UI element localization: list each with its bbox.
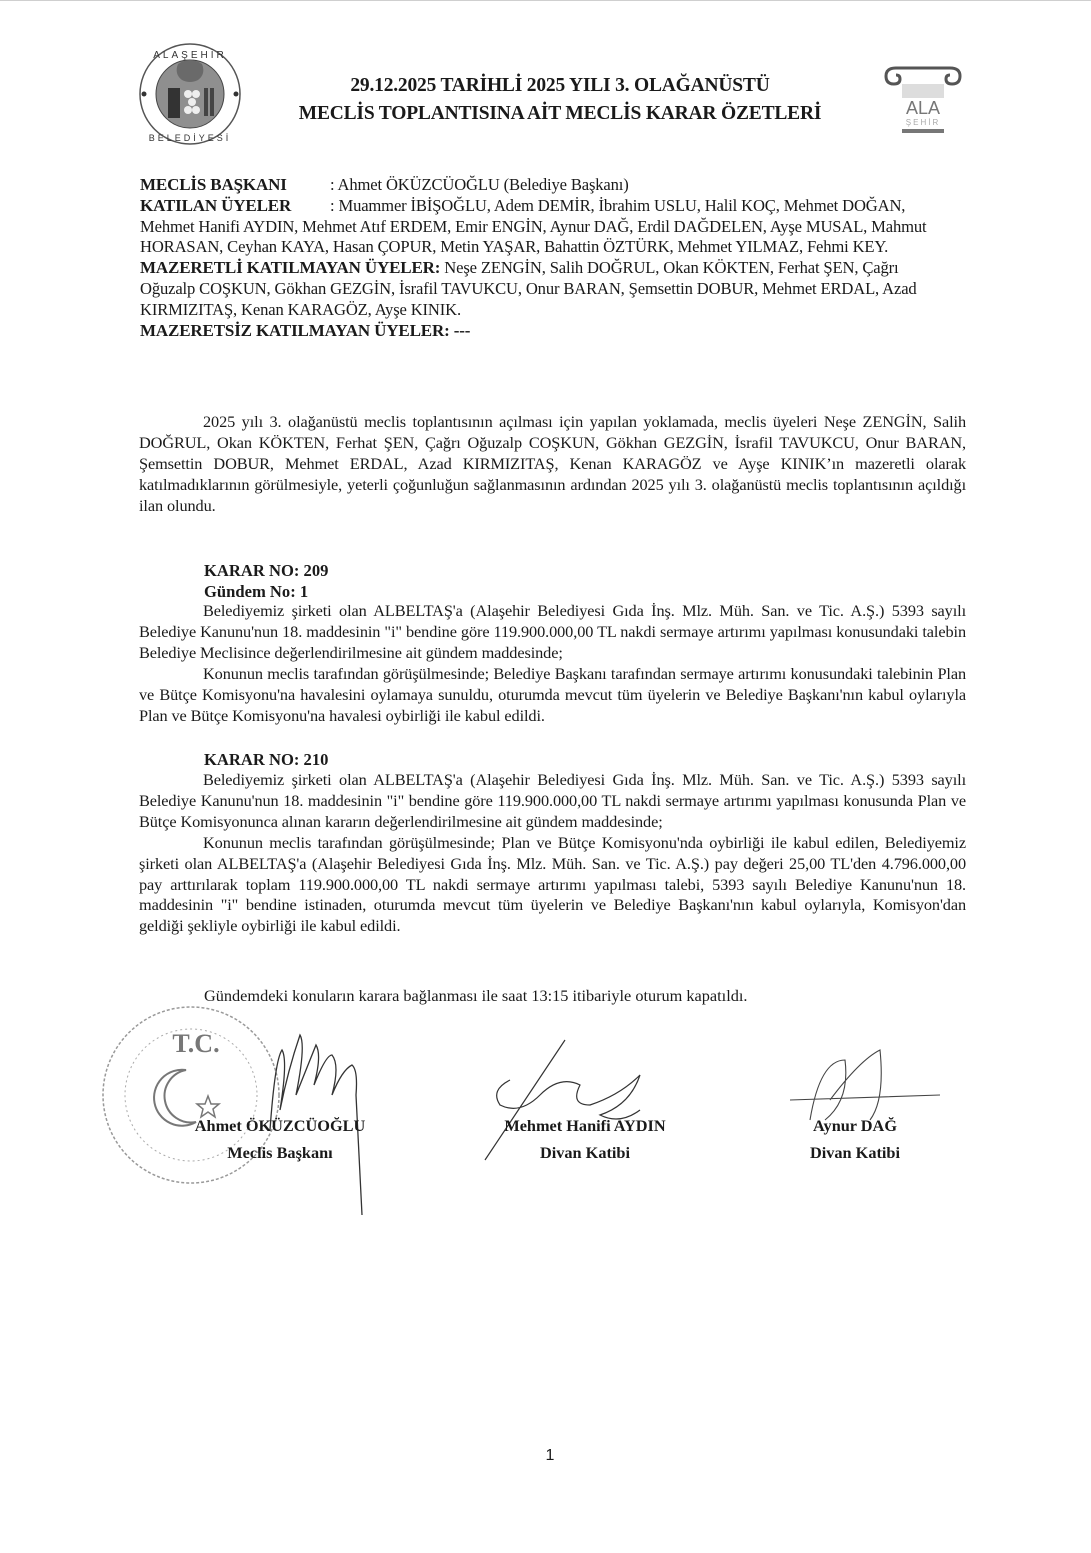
unexcused-value: --- (450, 321, 471, 340)
title-line-1: 29.12.2025 TARİHLİ 2025 YILI 3. OLAĞANÜS… (260, 72, 860, 100)
attending-value-first: : Muammer İBİŞOĞLU, Adem DEMİR, İbrahim … (330, 196, 838, 215)
attending-label: KATILAN ÜYELER (140, 196, 330, 217)
signer-name: Mehmet Hanifi AYDIN (480, 1112, 690, 1139)
document-title: 29.12.2025 TARİHLİ 2025 YILI 3. OLAĞANÜS… (260, 72, 860, 128)
svg-text:ALAŞEHİR: ALAŞEHİR (153, 48, 226, 61)
signer-title: Divan Katibi (480, 1139, 690, 1166)
signer-title: Divan Katibi (780, 1139, 930, 1166)
scan-edge (0, 0, 1091, 1)
document-page: ALAŞEHİR BELEDİYESİ 29.12.2025 TARİHLİ 2… (0, 0, 1091, 1553)
svg-text:ŞEHİR: ŞEHİR (906, 118, 940, 127)
svg-text:ALA: ALA (906, 98, 940, 118)
decision-209-number: KARAR NO: 209 (204, 560, 328, 581)
svg-text:T.C.: T.C. (172, 1029, 219, 1058)
chair-value: : Ahmet ÖKÜZCÜOĞLU (Belediye Başkanı) (330, 175, 629, 194)
chair-label: MECLİS BAŞKANI (140, 175, 330, 196)
signature-block-clerk-1: Mehmet Hanifi AYDIN Divan Katibi (480, 1112, 690, 1166)
signer-title: Meclis Başkanı (170, 1139, 390, 1166)
signature-block-chair: Ahmet ÖKÜZCÜOĞLU Meclis Başkanı (170, 1112, 390, 1166)
excused-row: MAZERETLİ KATILMAYAN ÜYELER: Neşe ZENGİN… (140, 258, 955, 320)
decision-209-body: Belediyemiz şirketi olan ALBELTAŞ'a (Ala… (139, 601, 966, 726)
attendance-section: MECLİS BAŞKANI: Ahmet ÖKÜZCÜOĞLU (Beledi… (140, 175, 955, 341)
column-capital-icon: ALA ŞEHİR (880, 66, 966, 136)
decision-210-number: KARAR NO: 210 (204, 749, 328, 770)
signature-block-clerk-2: Aynur DAĞ Divan Katibi (780, 1112, 930, 1166)
signer-name: Aynur DAĞ (780, 1112, 930, 1139)
title-line-2: MECLİS TOPLANTISINA AİT MECLİS KARAR ÖZE… (260, 100, 860, 128)
unexcused-label: MAZERETSİZ KATILMAYAN ÜYELER: (140, 321, 450, 340)
chair-row: MECLİS BAŞKANI: Ahmet ÖKÜZCÜOĞLU (Beledi… (140, 175, 955, 196)
decision-209-agenda-number: Gündem No: 1 (204, 581, 308, 602)
opening-paragraph: 2025 yılı 3. olağanüstü meclis toplantıs… (139, 412, 966, 517)
excused-label: MAZERETLİ KATILMAYAN ÜYELER: (140, 258, 440, 277)
decision-209-paragraph-2: Konunun meclis tarafından görüşülmesinde… (139, 664, 966, 727)
attending-row: KATILAN ÜYELER: Muammer İBİŞOĞLU, Adem D… (140, 196, 955, 258)
signer-name: Ahmet ÖKÜZCÜOĞLU (170, 1112, 390, 1139)
decision-210-paragraph-2: Konunun meclis tarafından görüşülmesinde… (139, 833, 966, 938)
decision-209-paragraph-1: Belediyemiz şirketi olan ALBELTAŞ'a (Ala… (139, 601, 966, 664)
page-number: 1 (530, 1447, 570, 1465)
svg-text:BELEDİYESİ: BELEDİYESİ (149, 133, 232, 143)
municipality-seal-icon: ALAŞEHİR BELEDİYESİ (138, 42, 242, 146)
unexcused-row: MAZERETSİZ KATILMAYAN ÜYELER: --- (140, 321, 955, 342)
decision-210-body: Belediyemiz şirketi olan ALBELTAŞ'a (Ala… (139, 770, 966, 937)
decision-210-paragraph-1: Belediyemiz şirketi olan ALBELTAŞ'a (Ala… (139, 770, 966, 833)
